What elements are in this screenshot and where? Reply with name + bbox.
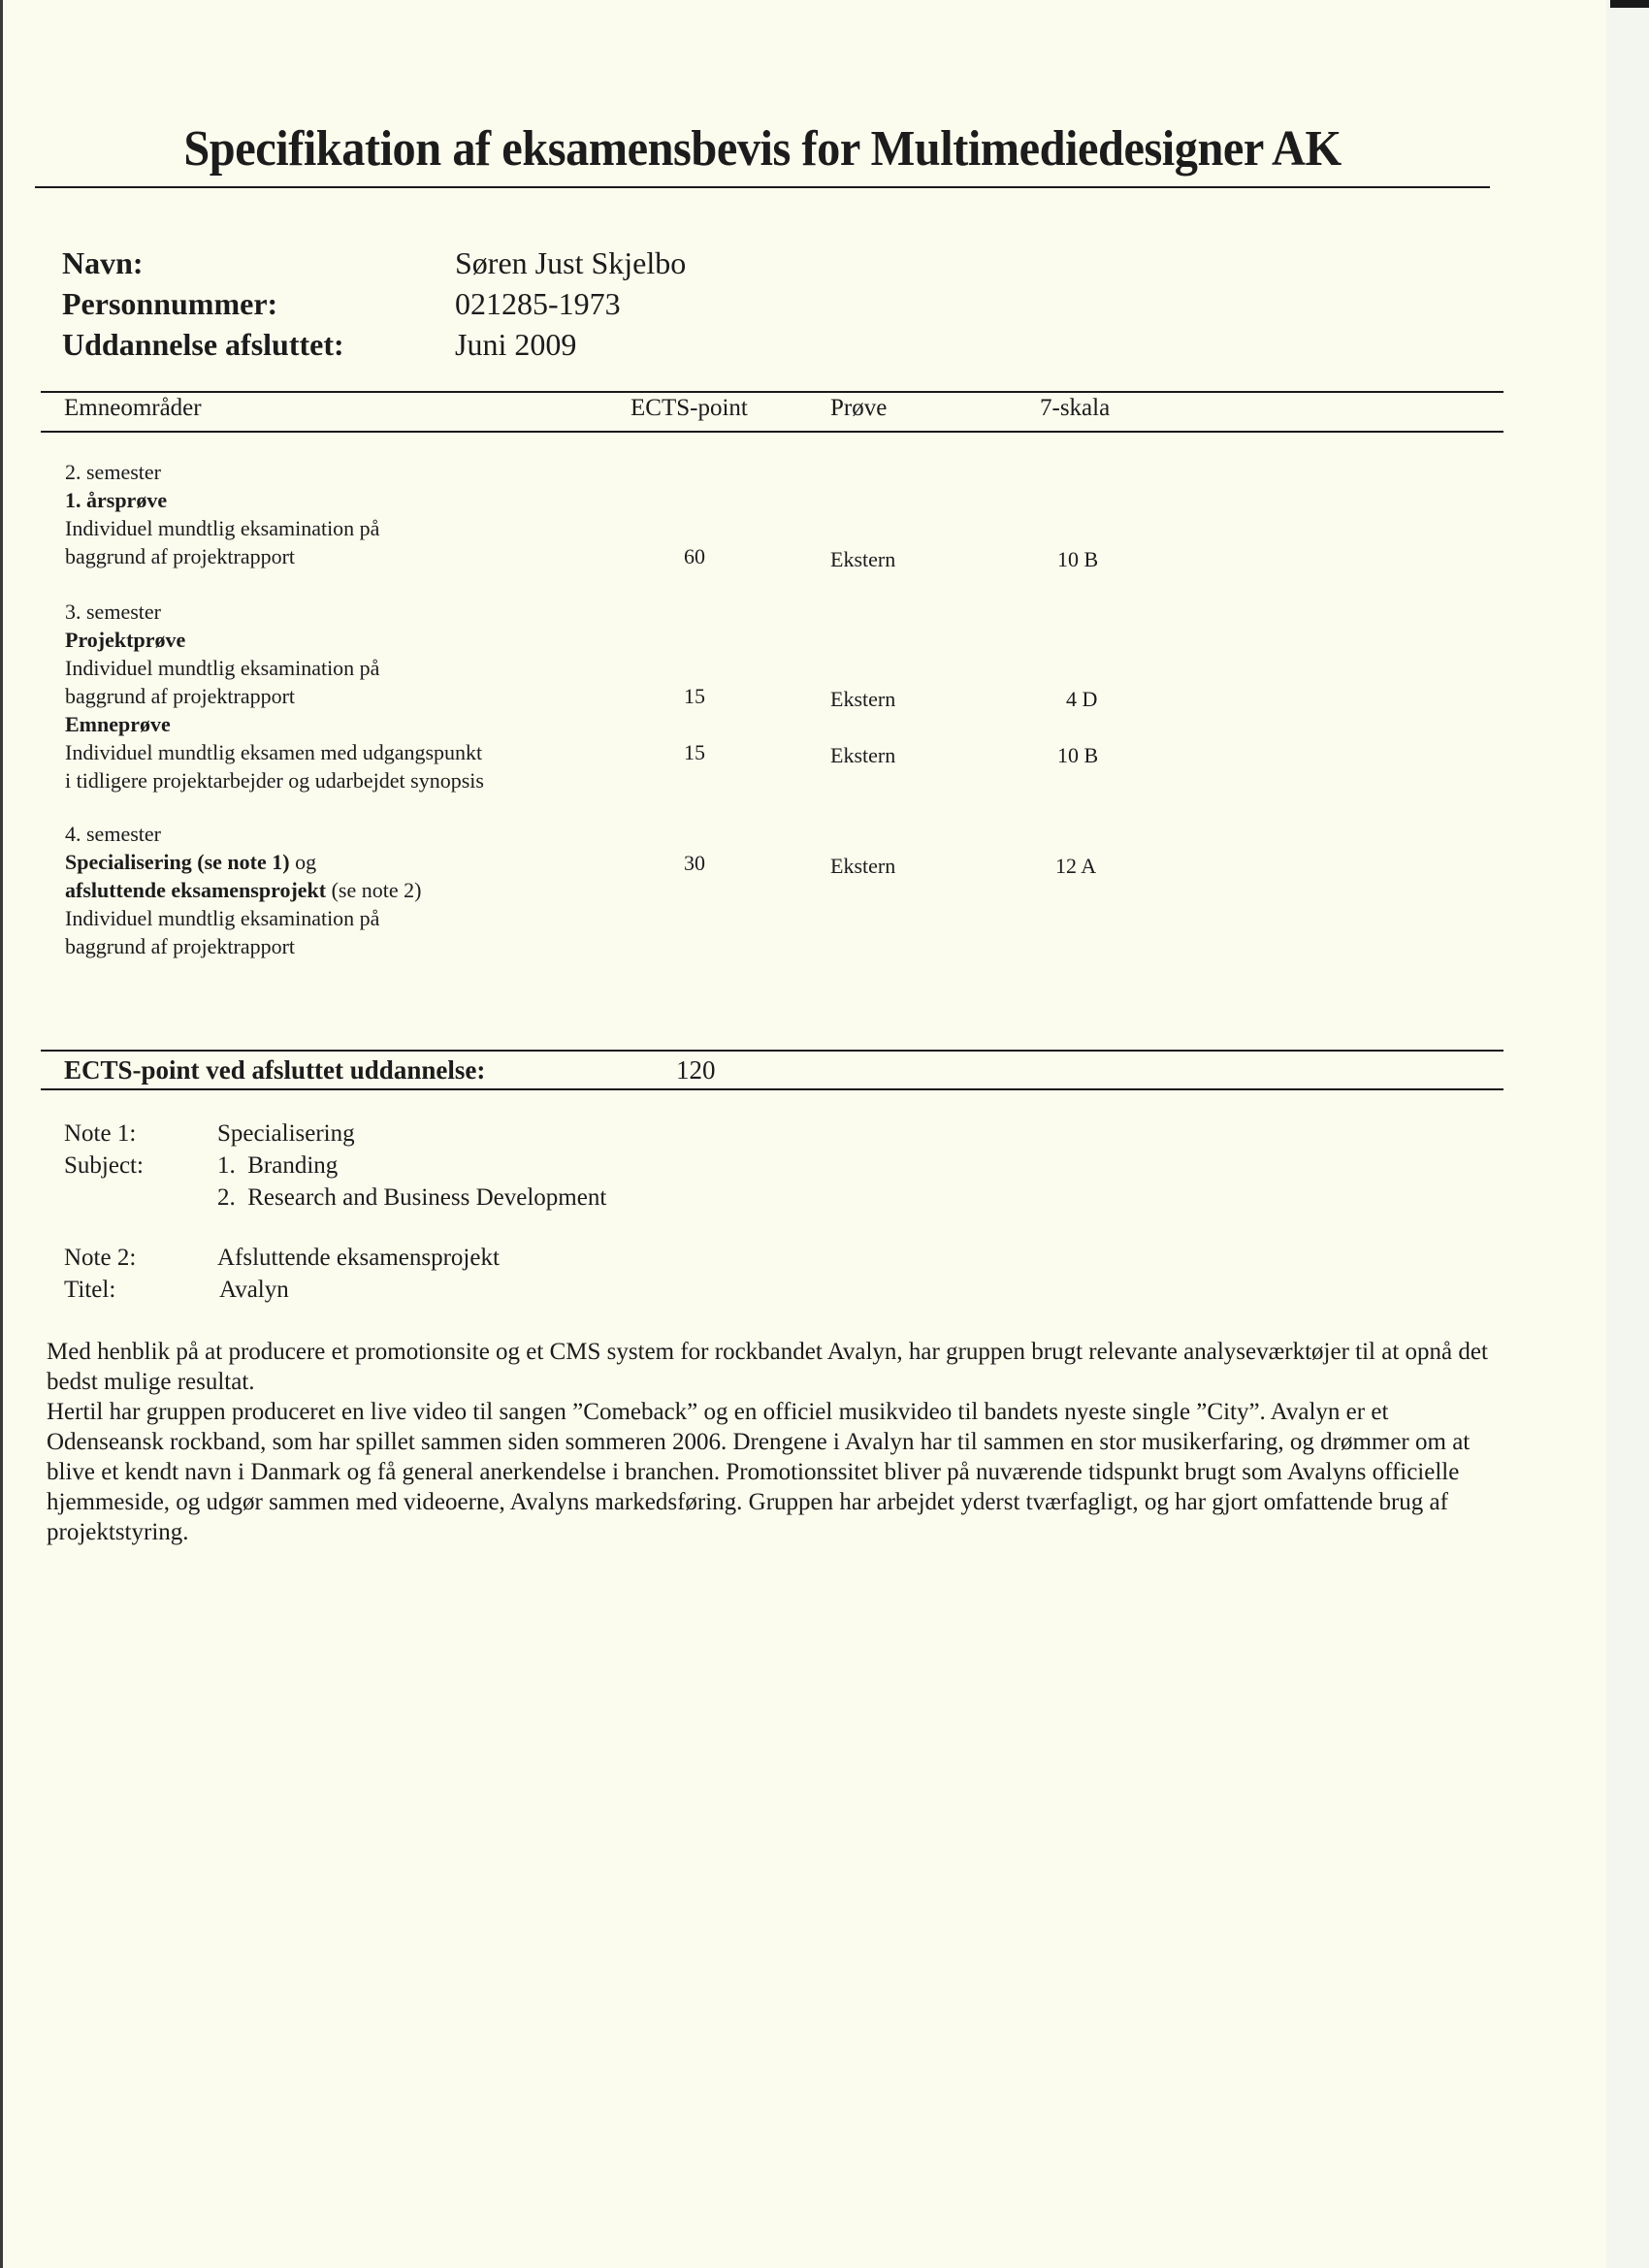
project-description: Med henblik på at producere et promotion… <box>47 1337 1511 1547</box>
exam-ects: 15 <box>684 682 705 710</box>
exam-title-rest: og <box>290 850 317 874</box>
name-row: Navn: Søren Just Skjelbo <box>62 243 686 283</box>
note-1-subject-row: Subject: 1. Branding <box>64 1150 606 1182</box>
exam-test: Ekstern <box>830 685 895 713</box>
exam-grade: 12 A <box>1055 852 1096 880</box>
exam-title-line-2: afsluttende eksamensprojekt (se note 2) <box>65 876 421 904</box>
exam-title-bold: afsluttende eksamensprojekt <box>65 878 326 902</box>
exam-ects: 60 <box>684 542 705 570</box>
exam-ects: 30 <box>684 849 705 877</box>
note-2: Note 2: Afsluttende eksamensprojekt Tite… <box>64 1242 500 1306</box>
note-sub-value: Avalyn <box>217 1274 289 1306</box>
note-sub-label: Titel: <box>64 1274 217 1306</box>
exam-title-line-1: Specialisering (se note 1) og <box>65 848 421 876</box>
exam-title: 1. årsprøve <box>65 486 379 514</box>
table-header-top-rule <box>41 391 1503 393</box>
scan-corner-mark <box>1610 0 1649 8</box>
exam-description: i tidligere projektarbejder og udarbejde… <box>65 766 484 794</box>
scan-edge-right <box>1606 0 1649 2268</box>
student-info: Navn: Søren Just Skjelbo Personnummer: 0… <box>62 243 686 365</box>
exam-test: Ekstern <box>830 545 895 573</box>
note-1-row: Note 1: Specialisering <box>64 1118 606 1150</box>
completed-value: Juni 2009 <box>455 324 576 365</box>
total-top-rule <box>41 1050 1503 1052</box>
header-test: Prøve <box>830 395 887 422</box>
exam-title-rest: (se note 2) <box>326 878 421 902</box>
completed-label: Uddannelse afsluttet: <box>62 324 455 365</box>
cpr-row: Personnummer: 021285-1973 <box>62 283 686 324</box>
note-1: Note 1: Specialisering Subject: 1. Brand… <box>64 1118 606 1214</box>
total-bottom-rule <box>41 1088 1503 1090</box>
description-paragraph: Hertil har gruppen produceret en live vi… <box>47 1397 1511 1547</box>
total-ects-label: ECTS-point ved afsluttet uddannelse: <box>64 1055 485 1085</box>
note-sub-label: Subject: <box>64 1150 217 1182</box>
header-subjects: Emneområder <box>64 395 202 422</box>
scan-edge-left <box>0 0 3 2268</box>
exam-grade: 4 D <box>1066 685 1097 713</box>
semester-4-block: 4. semester Specialisering (se note 1) o… <box>65 820 421 960</box>
exam-ects: 15 <box>684 738 705 766</box>
note-item: 2. Research and Business Development <box>217 1182 606 1214</box>
note-2-row: Note 2: Afsluttende eksamensprojekt <box>64 1242 500 1274</box>
note-value: Specialisering <box>217 1118 355 1150</box>
semester-2-block: 2. semester 1. årsprøve Individuel mundt… <box>65 458 379 570</box>
name-label: Navn: <box>62 243 455 283</box>
header-ects: ECTS-point <box>630 395 748 422</box>
exam-grade: 10 B <box>1057 545 1098 573</box>
spacer <box>64 1182 217 1214</box>
exam-title: Emneprøve <box>65 710 484 738</box>
exam-test: Ekstern <box>830 852 895 880</box>
semester-label: 4. semester <box>65 820 421 848</box>
note-label: Note 2: <box>64 1242 217 1274</box>
name-value: Søren Just Skjelbo <box>455 243 686 283</box>
document-title: Specifikation af eksamensbevis for Multi… <box>86 120 1439 178</box>
exam-description: Individuel mundtlig eksamination på <box>65 654 484 682</box>
exam-description: Individuel mundtlig eksamination på <box>65 904 421 932</box>
cpr-value: 021285-1973 <box>455 283 621 324</box>
exam-description: Individuel mundtlig eksamen med udgangsp… <box>65 738 484 766</box>
title-underline <box>35 186 1490 188</box>
exam-title: Projektprøve <box>65 626 484 654</box>
semester-label: 2. semester <box>65 458 379 486</box>
completed-row: Uddannelse afsluttet: Juni 2009 <box>62 324 686 365</box>
exam-test: Ekstern <box>830 741 895 769</box>
note-2-title-row: Titel: Avalyn <box>64 1274 500 1306</box>
semester-3-block: 3. semester Projektprøve Individuel mund… <box>65 598 484 794</box>
description-paragraph: Med henblik på at producere et promotion… <box>47 1337 1511 1397</box>
note-item: 1. Branding <box>217 1150 338 1182</box>
semester-label: 3. semester <box>65 598 484 626</box>
exam-description: baggrund af projektrapport <box>65 542 379 570</box>
header-grade: 7-skala <box>1040 395 1110 422</box>
total-ects-value: 120 <box>676 1055 716 1085</box>
exam-description: Individuel mundtlig eksamination på <box>65 514 379 542</box>
note-1-item-row: 2. Research and Business Development <box>64 1182 606 1214</box>
exam-title-bold: Specialisering (se note 1) <box>65 850 290 874</box>
exam-description: baggrund af projektrapport <box>65 682 484 710</box>
note-label: Note 1: <box>64 1118 217 1150</box>
exam-grade: 10 B <box>1057 741 1098 769</box>
cpr-label: Personnummer: <box>62 283 455 324</box>
exam-description: baggrund af projektrapport <box>65 932 421 960</box>
table-header-bottom-rule <box>41 431 1503 433</box>
note-value: Afsluttende eksamensprojekt <box>217 1242 500 1274</box>
